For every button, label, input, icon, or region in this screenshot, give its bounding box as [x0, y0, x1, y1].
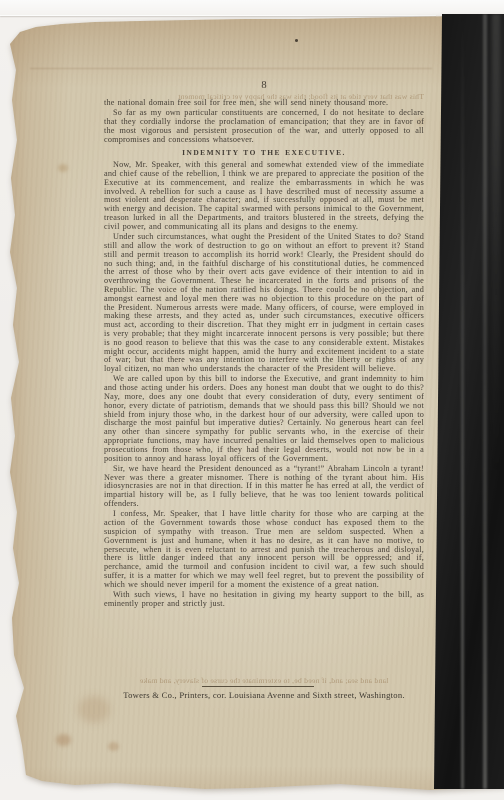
foxing-stain [56, 734, 71, 746]
foxing-stain [78, 696, 110, 723]
tape-highlight-streak [492, 14, 500, 789]
printer-imprint: Towers & Co., Printers, cor. Louisiana A… [84, 690, 444, 700]
press-mark-line [30, 68, 432, 69]
scanned-document-page: This was that very tide at its flood; th… [0, 0, 504, 800]
foxing-stain [58, 164, 68, 172]
paragraph: With such views, I have no hesitation in… [104, 591, 424, 609]
paragraph: Sir, we have heard the President denounc… [104, 465, 424, 509]
paragraph: Under such circumstances, what ought the… [104, 233, 424, 374]
paragraph: Now, Mr. Speaker, with this general and … [104, 161, 424, 231]
tape-binding [434, 14, 504, 789]
foxing-stain [108, 742, 119, 751]
paragraph-continuation: the national domain free soil for free m… [104, 99, 424, 108]
text-block: the national domain free soil for free m… [104, 99, 424, 610]
separator-rule [202, 686, 314, 687]
tape-highlight-streak [461, 14, 464, 789]
section-heading: INDEMNITY TO THE EXECUTIVE. [104, 149, 424, 158]
paragraph: So far as my own particular constituents… [104, 109, 424, 144]
page-number: 8 [104, 80, 424, 91]
tape-highlight-streak [483, 14, 487, 789]
paragraph: We are called upon by this bill to indor… [104, 375, 424, 463]
paragraph: I confess, Mr. Speaker, that I have litt… [104, 510, 424, 589]
ghost-text-bottom: land and sea; and, if need be, to exterm… [104, 676, 424, 685]
paper-sheet: This was that very tide at its flood; th… [0, 0, 504, 800]
paper-surface: This was that very tide at its flood; th… [0, 0, 504, 800]
ink-speck [295, 39, 298, 42]
